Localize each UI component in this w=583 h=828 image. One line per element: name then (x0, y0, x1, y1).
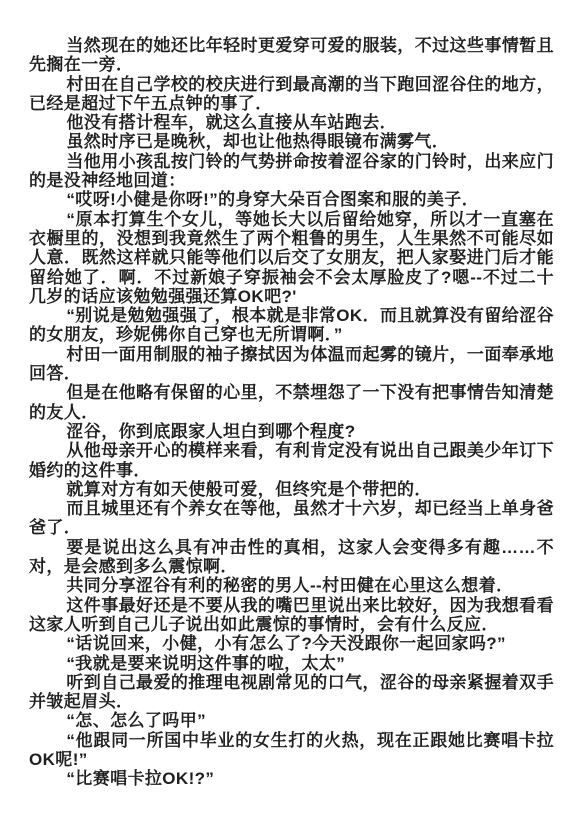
paragraph: 涩谷，你到底跟家人坦白到哪个程度? (29, 422, 554, 441)
paragraph: 村田在自己学校的校庆进行到最高潮的当下跑回涩谷住的地方，已经是超过下午五点钟的事… (29, 75, 554, 114)
paragraph-dialogue: “原本打算生个女儿，等她长大以后留给她穿，所以才一直塞在衣橱里的，没想到我竟然生… (29, 210, 554, 306)
paragraph-dialogue: “比赛唱卡拉OK!?” (29, 769, 554, 788)
paragraph-dialogue: “我就是要来说明这件事的啦，太太” (29, 654, 554, 673)
paragraph: 听到自己最爱的推理电视剧常见的口气，涩谷的母亲紧握着双手并皱起眉头． (29, 673, 554, 712)
paragraph: 当然现在的她还比年轻时更爱穿可爱的服装，不过这些事情暂且先搁在一旁． (29, 36, 554, 75)
paragraph: 要是说出这么具有冲击性的真相，这家人会变得多有趣……不对，是会感到多么震惊啊． (29, 538, 554, 577)
paragraph-dialogue: “他跟同一所国中毕业的女生打的火热，现在正跟她比赛唱卡拉OK呢!” (29, 731, 554, 770)
paragraph-dialogue: “别说是勉勉强强了，根本就是非常OK．而且就算没有留给涩谷的女朋友，珍妮佛你自己… (29, 306, 554, 345)
paragraph-dialogue: “哎呀!小健是你呀!”的身穿大朵百合图案和服的美子． (29, 190, 554, 209)
paragraph: 共同分享涩谷有利的秘密的男人--村田健在心里这么想着． (29, 576, 554, 595)
paragraph: 而且城里还有个养女在等他，虽然才十六岁，却已经当上单身爸爸了． (29, 499, 554, 538)
paragraph: 村田一面用制服的袖子擦拭因为体温而起雾的镜片，一面奉承地回答． (29, 345, 554, 384)
paragraph: 他没有搭计程车，就这么直接从车站跑去． (29, 113, 554, 132)
paragraph: 就算对方有如天使般可爱，但终究是个带把的． (29, 480, 554, 499)
paragraph-dialogue: “话说回来，小健，小有怎么了?今天没跟你一起回家吗?” (29, 634, 554, 653)
text-block: 当然现在的她还比年轻时更爱穿可爱的服装，不过这些事情暂且先搁在一旁． 村田在自己… (29, 36, 554, 789)
paragraph: 但是在他略有保留的心里，不禁埋怨了一下没有把事情告知清楚的友人． (29, 383, 554, 422)
scanned-novel-page: { "page": { "background_color": "#ffffff… (0, 0, 583, 828)
paragraph: 虽然时序已是晚秋，却也让他热得眼镜布满雾气． (29, 132, 554, 151)
paragraph: 从他母亲开心的模样来看，有利肯定没有说出自己跟美少年订下婚约的这件事． (29, 441, 554, 480)
paragraph-dialogue: “怎、怎么了吗甲” (29, 711, 554, 730)
paragraph: 当他用小孩乱按门铃的气势拼命按着涩谷家的门铃时，出来应门的是没神经地回道： (29, 152, 554, 191)
paragraph: 这件事最好还是不要从我的嘴巴里说出来比较好，因为我想看看这家人听到自己儿子说出如… (29, 596, 554, 635)
